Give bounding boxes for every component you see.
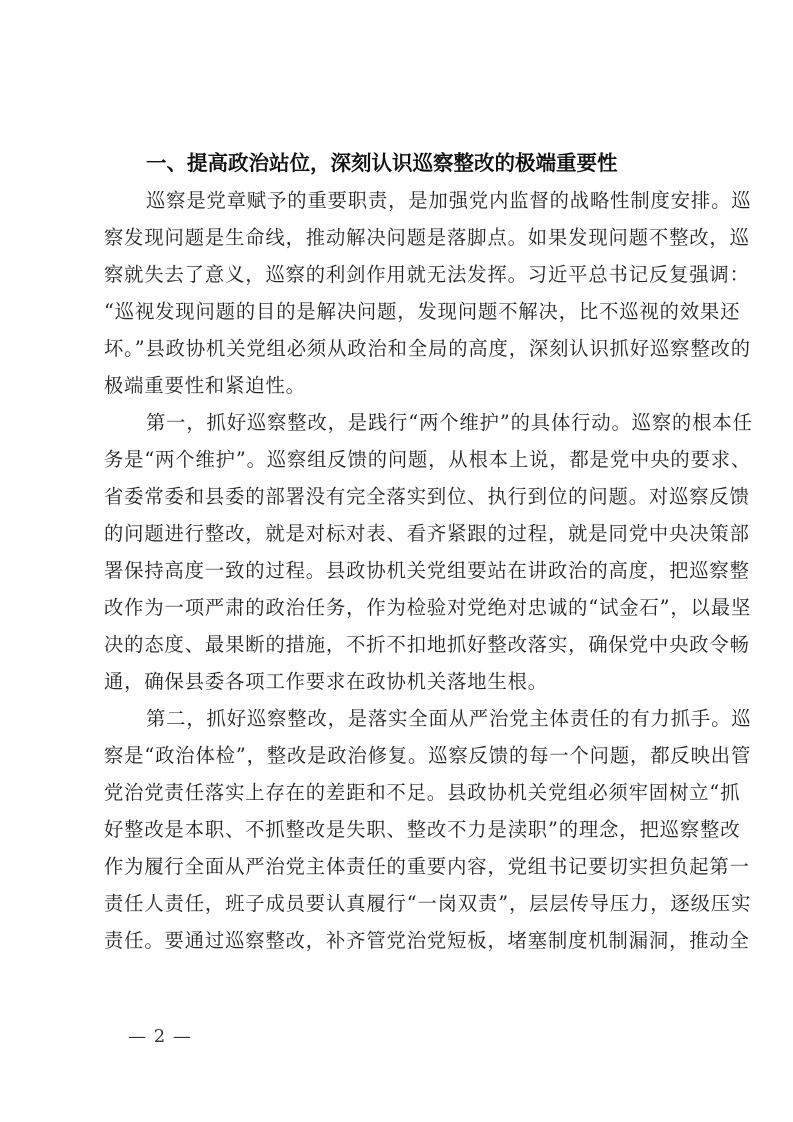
- text-line: 的问题进行整改，就是对标对表、看齐紧跟的过程，就是同党中央决策部: [104, 515, 698, 552]
- text-line: “巡视发现问题的目的是解决问题，发现问题不解决，比不巡视的效果还: [104, 293, 698, 330]
- section-heading: 一、提高政治站位，深刻认识巡察整改的极端重要性: [104, 145, 698, 182]
- paragraph-first-point: 第一，抓好巡察整改，是践行“两个维护”的具体行动。巡察的根本任 务是“两个维护”…: [104, 404, 698, 700]
- text-line: 极端重要性和紧迫性。: [104, 367, 698, 404]
- text-line: 决的态度、最果断的措施，不折不扣地抓好整改落实，确保党中央政令畅: [104, 626, 698, 663]
- text-line: 察就失去了意义，巡察的利剑作用就无法发挥。习近平总书记反复强调：: [104, 256, 698, 293]
- page-number: — 2 —: [128, 1026, 192, 1047]
- text-line: 作为履行全面从严治党主体责任的重要内容，党组书记要切实担负起第一: [104, 848, 698, 885]
- paragraph-intro: 巡察是党章赋予的重要职责，是加强党内监督的战略性制度安排。巡 察发现问题是生命线…: [104, 182, 698, 404]
- text-line: 责任。要通过巡察整改，补齐管党治党短板，堵塞制度机制漏洞，推动全: [104, 922, 698, 959]
- text-line: 省委常委和县委的部署没有完全落实到位、执行到位的问题。对巡察反馈: [104, 478, 698, 515]
- paragraph-second-point: 第二，抓好巡察整改，是落实全面从严治党主体责任的有力抓手。巡 察是“政治体检”，…: [104, 700, 698, 959]
- text-line: 巡察是党章赋予的重要职责，是加强党内监督的战略性制度安排。巡: [104, 182, 698, 219]
- text-line: 坏。”县政协机关党组必须从政治和全局的高度，深刻认识抓好巡察整改的: [104, 330, 698, 367]
- text-line: 通，确保县委各项工作要求在政协机关落地生根。: [104, 663, 698, 700]
- text-line: 察发现问题是生命线，推动解决问题是落脚点。如果发现问题不整改，巡: [104, 219, 698, 256]
- text-line: 好整改是本职、不抓整改是失职、整改不力是渎职”的理念，把巡察整改: [104, 811, 698, 848]
- text-line: 第二，抓好巡察整改，是落实全面从严治党主体责任的有力抓手。巡: [104, 700, 698, 737]
- text-line: 党治党责任落实上存在的差距和不足。县政协机关党组必须牢固树立“抓: [104, 774, 698, 811]
- text-line: 第一，抓好巡察整改，是践行“两个维护”的具体行动。巡察的根本任: [104, 404, 698, 441]
- text-line: 察是“政治体检”，整改是政治修复。巡察反馈的每一个问题，都反映出管: [104, 737, 698, 774]
- document-page: 一、提高政治站位，深刻认识巡察整改的极端重要性 巡察是党章赋予的重要职责，是加强…: [0, 0, 793, 1122]
- page-content: 一、提高政治站位，深刻认识巡察整改的极端重要性 巡察是党章赋予的重要职责，是加强…: [104, 145, 698, 959]
- text-line: 署保持高度一致的过程。县政协机关党组要站在讲政治的高度，把巡察整: [104, 552, 698, 589]
- text-line: 责任人责任，班子成员要认真履行“一岗双责”，层层传导压力，逐级压实: [104, 885, 698, 922]
- text-line: 务是“两个维护”。巡察组反馈的问题，从根本上说，都是党中央的要求、: [104, 441, 698, 478]
- text-line: 改作为一项严肃的政治任务，作为检验对党绝对忠诚的“试金石”，以最坚: [104, 589, 698, 626]
